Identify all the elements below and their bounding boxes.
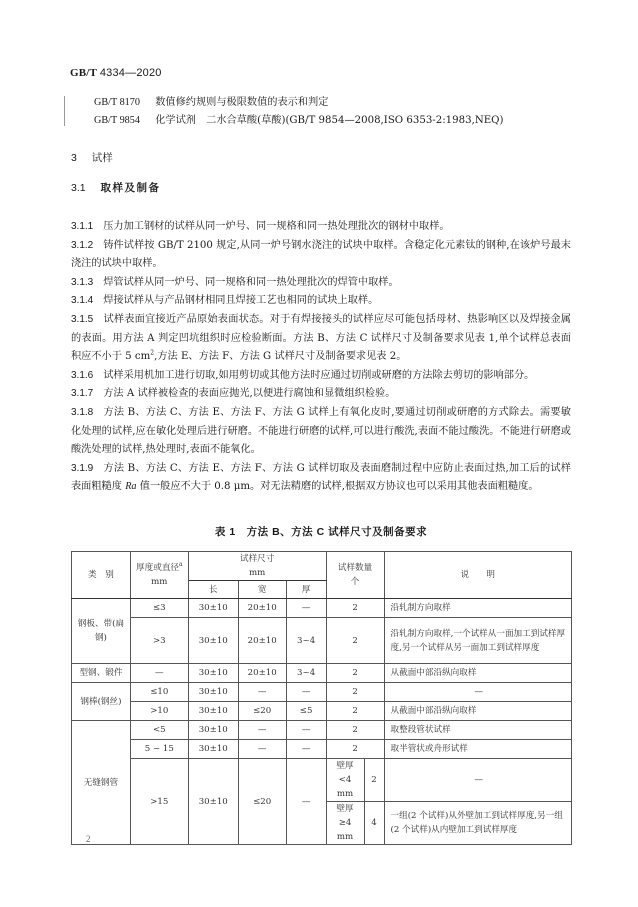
reference-title: 数值修约规则与极限数值的表示和判定: [155, 97, 328, 108]
header-thick: 厚: [286, 581, 326, 599]
wall-thickness-condition: 壁厚 ≥4 mm: [326, 802, 364, 845]
reference-code: GB/T 8170: [94, 94, 152, 112]
section-number: 3: [71, 152, 77, 164]
subsection-number: 3.1: [71, 182, 86, 194]
clause-3-1-8: 3.1.8方法 B、方法 C、方法 E、方法 F、方法 G 试样上有氧化皮时,要…: [71, 404, 571, 460]
group-plate: 钢板、带(扁钢): [72, 599, 131, 664]
header-category: 类 别: [72, 552, 131, 599]
table-row: 型钢、锻件 — 30±10 20±10 3~4 2 从截面中部沿纵向取样: [72, 664, 572, 683]
clause-3-1-7: 3.1.7方法 A 试样被检查的表面应抛光,以便进行腐蚀和显微组织检验。: [71, 385, 571, 404]
clause-3-1-2: 3.1.2铸件试样按 GB/T 2100 规定,从同一炉号钢水浇注的试块中取样。…: [71, 237, 571, 274]
table-row: >15 30±10 ≤20 — 壁厚 <4 mm 2 —: [72, 759, 572, 802]
header-note: 说 明: [384, 552, 572, 599]
table-row: 钢棒(钢丝) ≤10 30±10 — — 2 —: [72, 683, 572, 702]
reference-code: GB/T 9854: [94, 112, 152, 130]
reference-item: GB/T 9854 化学试剂 二水合草酸(草酸)(GB/T 9854—2008,…: [94, 112, 504, 130]
table-caption: 表 1 方法 B、方法 C 试样尺寸及制备要求: [71, 524, 571, 539]
specimen-requirements-table: 类 别 厚度或直径a mm 试样尺寸 mm 试样数量 个 说 明 长 宽 厚 钢…: [71, 551, 572, 845]
normative-references: GB/T 8170 数值修约规则与极限数值的表示和判定 GB/T 9854 化学…: [94, 94, 504, 130]
table-row: >3 30±10 20±10 3~4 2 沿轧制方向取样,一个试样从一面加工到试…: [72, 618, 572, 664]
group-section: 型钢、锻件: [72, 664, 131, 683]
document-code-prefix: GB/T: [70, 67, 97, 79]
reference-change-bar: [64, 96, 65, 126]
subsection-heading: 3.1 取样及制备: [71, 180, 161, 195]
header-specimen-size: 试样尺寸 mm: [188, 552, 326, 581]
clause-3-1-3: 3.1.3焊管试样从同一炉号、同一规格和同一热处理批次的焊管中取样。: [71, 274, 571, 293]
header-width: 宽: [238, 581, 286, 599]
table-row: 5 ~ 15 30±10 — — 2 取半管状或舟形试样: [72, 740, 572, 759]
clauses-body: 3.1.1压力加工钢材的试样从同一炉号、同一规格和同一热处理批次的钢材中取样。 …: [71, 218, 571, 497]
group-tube: 无缝钢管: [72, 721, 131, 845]
document-code: GB/T 4334—2020: [70, 67, 162, 79]
header-thickness: 厚度或直径a mm: [130, 552, 188, 599]
section-heading: 3 试样: [71, 150, 113, 165]
section-title: 试样: [92, 152, 113, 164]
reference-item: GB/T 8170 数值修约规则与极限数值的表示和判定: [94, 94, 504, 112]
table-row: >10 30±10 ≤20 ≤5 2 从截面中部沿纵向取样: [72, 702, 572, 721]
clause-3-1-1: 3.1.1压力加工钢材的试样从同一炉号、同一规格和同一热处理批次的钢材中取样。: [71, 218, 571, 237]
clause-3-1-5: 3.1.5试样表面宜接近产品原始表面状态。对于有焊接接头的试样应尽可能包括母材、…: [71, 311, 571, 367]
group-bar: 钢棒(钢丝): [72, 683, 131, 721]
clause-3-1-9: 3.1.9方法 B、方法 C、方法 E、方法 F、方法 G 试样切取及表面磨制过…: [71, 460, 571, 497]
clause-3-1-6: 3.1.6试样采用机加工进行切取,如用剪切或其他方法时应通过切削或研磨的方法除去…: [71, 367, 571, 386]
header-length: 长: [188, 581, 238, 599]
header-count: 试样数量 个: [326, 552, 384, 599]
document-code-number: 4334—2020: [100, 67, 162, 79]
clause-3-1-4: 3.1.4焊接试样从与产品钢材相同且焊接工艺也相同的试块上取样。: [71, 292, 571, 311]
table-row: 钢板、带(扁钢) ≤3 30±10 20±10 — 2 沿轧制方向取样: [72, 599, 572, 618]
subsection-title: 取样及制备: [101, 182, 161, 194]
table-row: 无缝钢管 <5 30±10 — — 2 取整段管状试样: [72, 721, 572, 740]
page-number: 2: [86, 834, 91, 844]
reference-title: 化学试剂 二水合草酸(草酸)(GB/T 9854—2008,ISO 6353-2…: [155, 115, 503, 126]
wall-thickness-condition: 壁厚 <4 mm: [326, 759, 364, 802]
